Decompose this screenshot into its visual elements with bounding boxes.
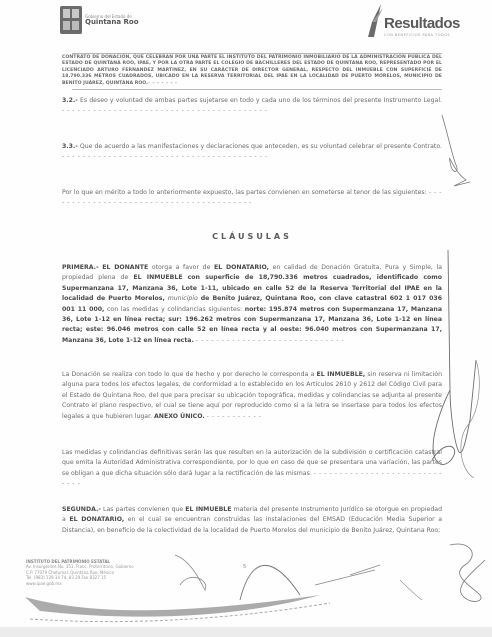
viewer-bottom-bar <box>0 627 492 637</box>
contract-preamble: CONTRATO DE DONACIÓN, QUE CELEBRAN POR U… <box>62 55 442 87</box>
resultados-title: Resultados <box>384 15 460 32</box>
signature-initials-1-icon <box>390 110 492 190</box>
clause-primera: PRIMERA.- EL DONANTE otorga a favor de E… <box>62 263 442 346</box>
section-3-2: 3.2.- Es deseo y voluntad de ambas parte… <box>62 96 442 117</box>
header-divider <box>72 53 442 54</box>
footer-address-block: INSTITUTO DEL PATRIMONIO ESTATAL Av. Ins… <box>26 559 134 586</box>
transition-paragraph: Por lo que en mérito a todo lo anteriorm… <box>62 188 442 209</box>
clause-segunda: SEGUNDA.- Las partes convienen que EL IN… <box>62 505 442 536</box>
donation-paragraph: La Donación se realiza con todo lo que d… <box>62 370 442 422</box>
state-name: Quintana Roo <box>85 19 139 26</box>
resultados-swoosh-icon <box>366 2 384 38</box>
government-logo: Gobierno del Estado de Quintana Roo <box>60 6 139 34</box>
preamble-divider <box>72 89 442 90</box>
document-page: Gobierno del Estado de Quintana Roo Resu… <box>0 0 492 627</box>
state-coat-of-arms-icon <box>60 6 82 34</box>
signature-initials-2-icon <box>420 240 492 540</box>
footer-signatures-icon <box>150 540 492 620</box>
measurements-paragraph: Las medidas y colindancias definitivas s… <box>62 448 442 490</box>
clauses-heading: CLÁUSULAS <box>62 232 442 241</box>
resultados-logo: Resultados CON BENEFICIOS PARA TODOS <box>364 2 464 40</box>
resultados-subtitle: CON BENEFICIOS PARA TODOS <box>384 33 450 37</box>
section-3-3: 3.3.- Que de acuerdo a las manifestacion… <box>62 142 442 163</box>
